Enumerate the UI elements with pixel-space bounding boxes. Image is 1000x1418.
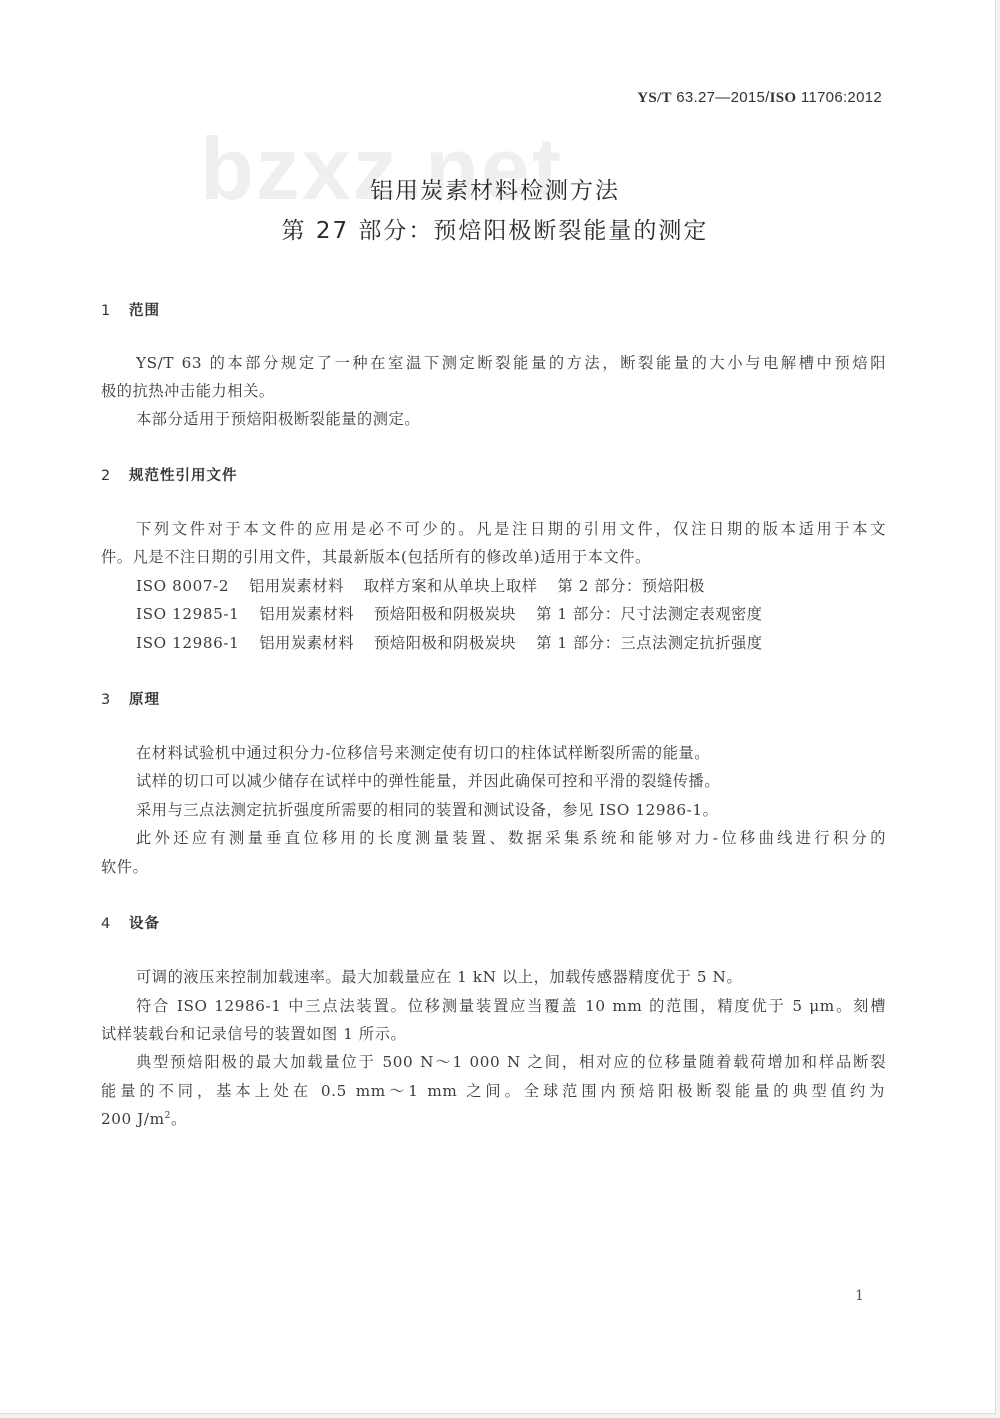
- reference-code: ISO 8007-2: [136, 577, 229, 595]
- paragraph-line: 200 J/m2。: [101, 1108, 891, 1129]
- section-title: 原理: [129, 692, 160, 708]
- reference-segment: 铝用炭素材料: [259, 603, 354, 624]
- document-subtitle: 第 27 部分：预焙阳极断裂能量的测定: [0, 212, 990, 245]
- section-number: 2: [101, 468, 129, 484]
- section-heading-normative-references: 2规范性引用文件: [101, 464, 238, 485]
- reference-item: ISO 8007-2铝用炭素材料取样方案和从单块上取样第 2 部分：预焙阳极: [136, 575, 705, 596]
- paragraph-line: 此外还应有测量垂直位移用的长度测量装置、数据采集系统和能够对力-位移曲线进行积分…: [136, 827, 886, 848]
- paragraph-line: 件。凡是不注日期的引用文件，其最新版本(包括所有的修改单)适用于本文件。: [101, 546, 891, 567]
- section-title: 规范性引用文件: [129, 468, 238, 484]
- section-heading-scope: 1范围: [101, 299, 160, 320]
- page-number: 1: [855, 1288, 864, 1304]
- paragraph-line: 软件。: [101, 856, 891, 877]
- standard-code-ys: YS/T: [637, 90, 672, 106]
- reference-code: ISO 12985-1: [136, 605, 239, 623]
- section-heading-principle: 3原理: [101, 688, 160, 709]
- paragraph-line: YS/T 63 的本部分规定了一种在室温下测定断裂能量的方法，断裂能量的大小与电…: [136, 352, 886, 373]
- paragraph-line: 采用与三点法测定抗折强度所需要的相同的装置和测试设备，参见 ISO 12986-…: [136, 799, 926, 820]
- standard-code: YS/T 63.27—2015/ISO 11706:2012: [637, 89, 882, 107]
- reference-segment: 取样方案和从单块上取样: [364, 575, 538, 596]
- reference-item: ISO 12986-1铝用炭素材料预焙阳极和阴极炭块第 1 部分：三点法测定抗折…: [136, 632, 763, 653]
- paragraph-line: 在材料试验机中通过积分力-位移信号来测定使有切口的柱体试样断裂所需的能量。: [136, 742, 926, 763]
- typical-value: 200 J/m: [101, 1110, 165, 1128]
- reference-segment: 第 1 部分：三点法测定抗折强度: [536, 632, 762, 653]
- section-title: 范围: [129, 303, 160, 319]
- punctuation: 。: [171, 1110, 187, 1128]
- paragraph-line: 可调的液压来控制加载速率。最大加载量应在 1 kN 以上，加载传感器精度优于 5…: [136, 966, 926, 987]
- standard-code-iso-number: 11706:2012: [796, 89, 882, 106]
- paragraph-line: 典型预焙阳极的最大加载量位于 500 N～1 000 N 之间，相对应的位移量随…: [136, 1051, 886, 1072]
- reference-item: ISO 12985-1铝用炭素材料预焙阳极和阴极炭块第 1 部分：尺寸法测定表观…: [136, 603, 763, 624]
- reference-segment: 铝用炭素材料: [249, 575, 344, 596]
- section-number: 4: [101, 916, 129, 932]
- paragraph-line: 极的抗热冲击能力相关。: [101, 380, 891, 401]
- reference-segment: 第 1 部分：尺寸法测定表观密度: [536, 603, 762, 624]
- reference-code: ISO 12986-1: [136, 634, 239, 652]
- paragraph-line: 本部分适用于预焙阳极断裂能量的测定。: [136, 408, 926, 429]
- section-number: 3: [101, 692, 129, 708]
- reference-segment: 第 2 部分：预焙阳极: [558, 575, 705, 596]
- paragraph-line: 能量的不同，基本上处在 0.5 mm～1 mm 之间。全球范围内预焙阳极断裂能量…: [101, 1080, 885, 1101]
- document-title: 铝用炭素材料检测方法: [0, 172, 990, 205]
- reference-segment: 铝用炭素材料: [259, 632, 354, 653]
- paragraph-line: 试样的切口可以减少储存在试样中的弹性能量，并因此确保可控和平滑的裂缝传播。: [136, 770, 926, 791]
- paragraph-line: 下列文件对于本文件的应用是必不可少的。凡是注日期的引用文件，仅注日期的版本适用于…: [136, 518, 886, 539]
- paragraph-line: 符合 ISO 12986-1 中三点法装置。位移测量装置应当覆盖 10 mm 的…: [136, 995, 886, 1016]
- standard-code-iso: ISO: [770, 90, 797, 106]
- paragraph-line: 试样装载台和记录信号的装置如图 1 所示。: [101, 1023, 891, 1044]
- document-page: YS/T 63.27—2015/ISO 11706:2012 bzxz.net …: [0, 0, 996, 1414]
- standard-code-number: 63.27—2015/: [672, 89, 770, 106]
- reference-segment: 预焙阳极和阴极炭块: [374, 603, 516, 624]
- section-number: 1: [101, 303, 129, 319]
- reference-segment: 预焙阳极和阴极炭块: [374, 632, 516, 653]
- section-title: 设备: [129, 916, 160, 932]
- section-heading-apparatus: 4设备: [101, 912, 160, 933]
